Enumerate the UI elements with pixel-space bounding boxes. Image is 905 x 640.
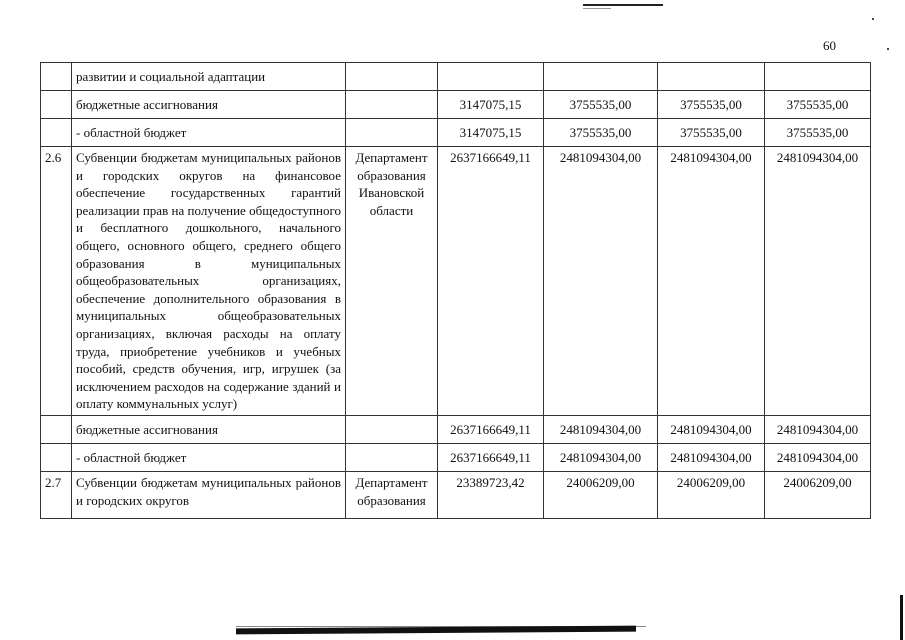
row-number: 2.6 bbox=[41, 147, 72, 416]
table-row: бюджетные ассигнования 2637166649,11 248… bbox=[41, 415, 871, 443]
row-name: Субвенции бюджетам муниципальных районов… bbox=[72, 471, 346, 518]
table-row: 2.7 Субвенции бюджетам муниципальных рай… bbox=[41, 471, 871, 518]
scan-artifact-edge bbox=[900, 595, 903, 640]
row-number bbox=[41, 443, 72, 471]
row-value: 2481094304,00 bbox=[658, 415, 765, 443]
budget-table: развитии и социальной адаптации бюджетны… bbox=[40, 62, 871, 519]
table-row: - областной бюджет 2637166649,11 2481094… bbox=[41, 443, 871, 471]
row-value: 3147075,15 bbox=[438, 119, 544, 147]
row-value: 2481094304,00 bbox=[765, 443, 871, 471]
row-value: 3755535,00 bbox=[544, 119, 658, 147]
row-name: бюджетные ассигнования bbox=[72, 91, 346, 119]
row-executor bbox=[346, 443, 438, 471]
row-name: - областной бюджет bbox=[72, 119, 346, 147]
row-value: 2637166649,11 bbox=[438, 147, 544, 416]
row-value: 3755535,00 bbox=[765, 91, 871, 119]
row-value: 3755535,00 bbox=[544, 91, 658, 119]
page-number: 60 bbox=[823, 38, 836, 54]
row-number bbox=[41, 415, 72, 443]
row-name: бюджетные ассигнования bbox=[72, 415, 346, 443]
row-executor: Департамент образования bbox=[346, 471, 438, 518]
row-value: 2481094304,00 bbox=[544, 415, 658, 443]
row-executor bbox=[346, 119, 438, 147]
row-executor: Департамент образования Ивановской облас… bbox=[346, 147, 438, 416]
row-value bbox=[765, 63, 871, 91]
row-value: 24006209,00 bbox=[765, 471, 871, 518]
row-value: 3755535,00 bbox=[658, 91, 765, 119]
row-value: 3147075,15 bbox=[438, 91, 544, 119]
scan-artifact-line bbox=[583, 4, 663, 6]
row-name: - областной бюджет bbox=[72, 443, 346, 471]
row-value: 24006209,00 bbox=[658, 471, 765, 518]
row-value bbox=[438, 63, 544, 91]
scan-artifact-line bbox=[583, 8, 611, 9]
row-value: 2481094304,00 bbox=[658, 147, 765, 416]
row-value: 2481094304,00 bbox=[544, 147, 658, 416]
row-value bbox=[544, 63, 658, 91]
row-value: 2481094304,00 bbox=[658, 443, 765, 471]
row-value: 2481094304,00 bbox=[544, 443, 658, 471]
row-value: 3755535,00 bbox=[765, 119, 871, 147]
row-value: 2637166649,11 bbox=[438, 443, 544, 471]
row-number bbox=[41, 63, 72, 91]
row-number: 2.7 bbox=[41, 471, 72, 518]
table-row: 2.6 Субвенции бюджетам муниципальных рай… bbox=[41, 147, 871, 416]
row-value: 24006209,00 bbox=[544, 471, 658, 518]
table-row: - областной бюджет 3147075,15 3755535,00… bbox=[41, 119, 871, 147]
row-number bbox=[41, 91, 72, 119]
scan-artifact-dot bbox=[872, 18, 874, 20]
row-value: 2481094304,00 bbox=[765, 415, 871, 443]
row-value: 2481094304,00 bbox=[765, 147, 871, 416]
row-number bbox=[41, 119, 72, 147]
row-executor bbox=[346, 415, 438, 443]
row-value bbox=[658, 63, 765, 91]
row-executor bbox=[346, 91, 438, 119]
scan-artifact-dot bbox=[887, 48, 889, 50]
row-name: развитии и социальной адаптации bbox=[72, 63, 346, 91]
table-row: бюджетные ассигнования 3147075,15 375553… bbox=[41, 91, 871, 119]
row-executor bbox=[346, 63, 438, 91]
table-row: развитии и социальной адаптации bbox=[41, 63, 871, 91]
row-name: Субвенции бюджетам муниципальных районов… bbox=[72, 147, 346, 416]
row-value: 2637166649,11 bbox=[438, 415, 544, 443]
row-value: 3755535,00 bbox=[658, 119, 765, 147]
row-value: 23389723,42 bbox=[438, 471, 544, 518]
